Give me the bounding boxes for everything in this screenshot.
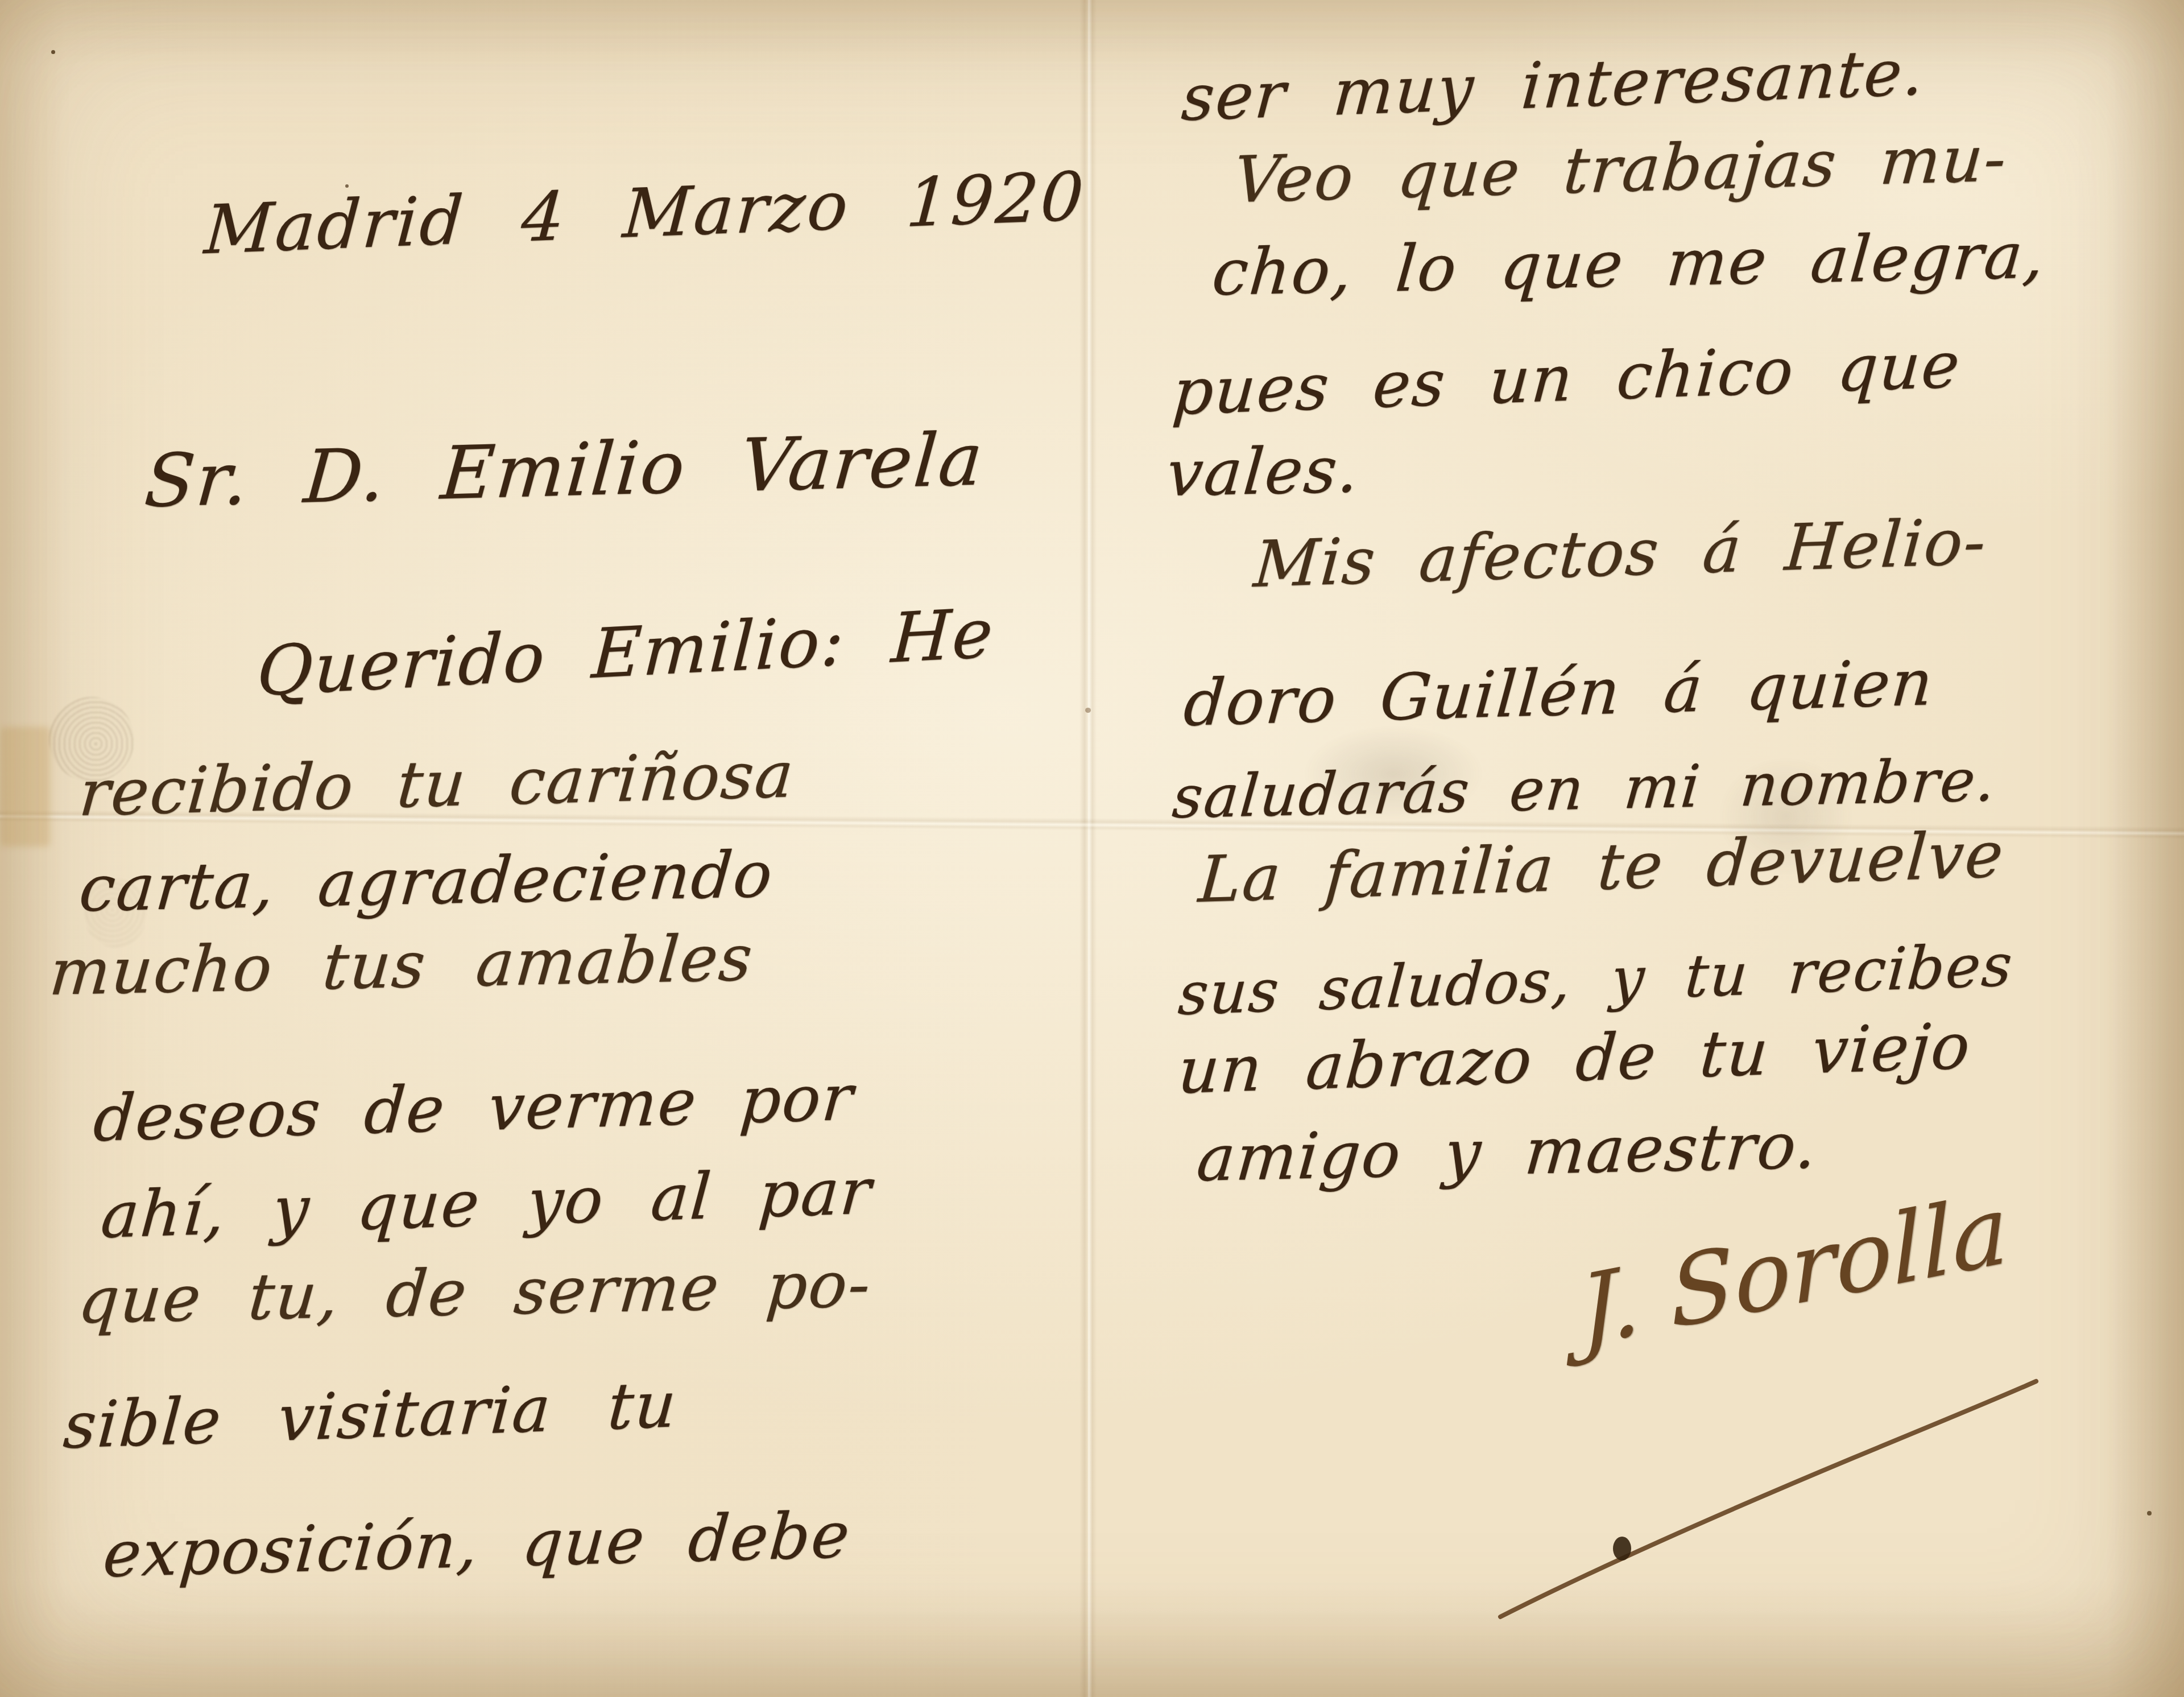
body-line: Veo que trabajas mu- (1231, 122, 2010, 217)
ink-speck (1085, 708, 1091, 713)
date-line: Madrid 4 Marzo 1920 (202, 156, 1087, 269)
body-line: saludarás en mi nombre. (1170, 746, 1999, 832)
tape-stain (0, 727, 50, 847)
ink-speck (51, 50, 55, 54)
body-line: pues es un chico que (1170, 328, 1963, 430)
body-line: mucho tus amables (47, 921, 756, 1010)
body-line: deseos de verme por (91, 1061, 857, 1157)
body-line: La familia te devuelve (1196, 817, 2007, 917)
body-line: sible visitaria tu (61, 1368, 680, 1463)
body-line: ser muy interesante. (1179, 35, 1927, 135)
letter-photo: Madrid 4 Marzo 1920 Sr. D. Emilio Varela… (0, 0, 2184, 1697)
body-line: Mis afectos á Helio- (1251, 505, 1989, 602)
body-line: vales. (1164, 433, 1363, 511)
body-line: carta, agradeciendo (77, 837, 776, 926)
body-line: Querido Emilio: He (255, 594, 996, 712)
body-line: exposición, que debe (101, 1498, 854, 1592)
body-line: cho, lo que me alegra, (1210, 218, 2049, 310)
body-line: que tu, de serme po- (76, 1248, 875, 1338)
body-line: ahí, y que yo al par (98, 1154, 875, 1253)
body-line: doro Guillén á quien (1181, 646, 1937, 741)
ink-speck (2147, 1511, 2152, 1516)
recipient-line: Sr. D. Emilio Varela (142, 417, 987, 524)
vertical-fold-crease (1079, 0, 1097, 1697)
body-line: amigo y maestro. (1194, 1109, 1821, 1196)
signature-block: J. Sorolla (1456, 1234, 2127, 1655)
